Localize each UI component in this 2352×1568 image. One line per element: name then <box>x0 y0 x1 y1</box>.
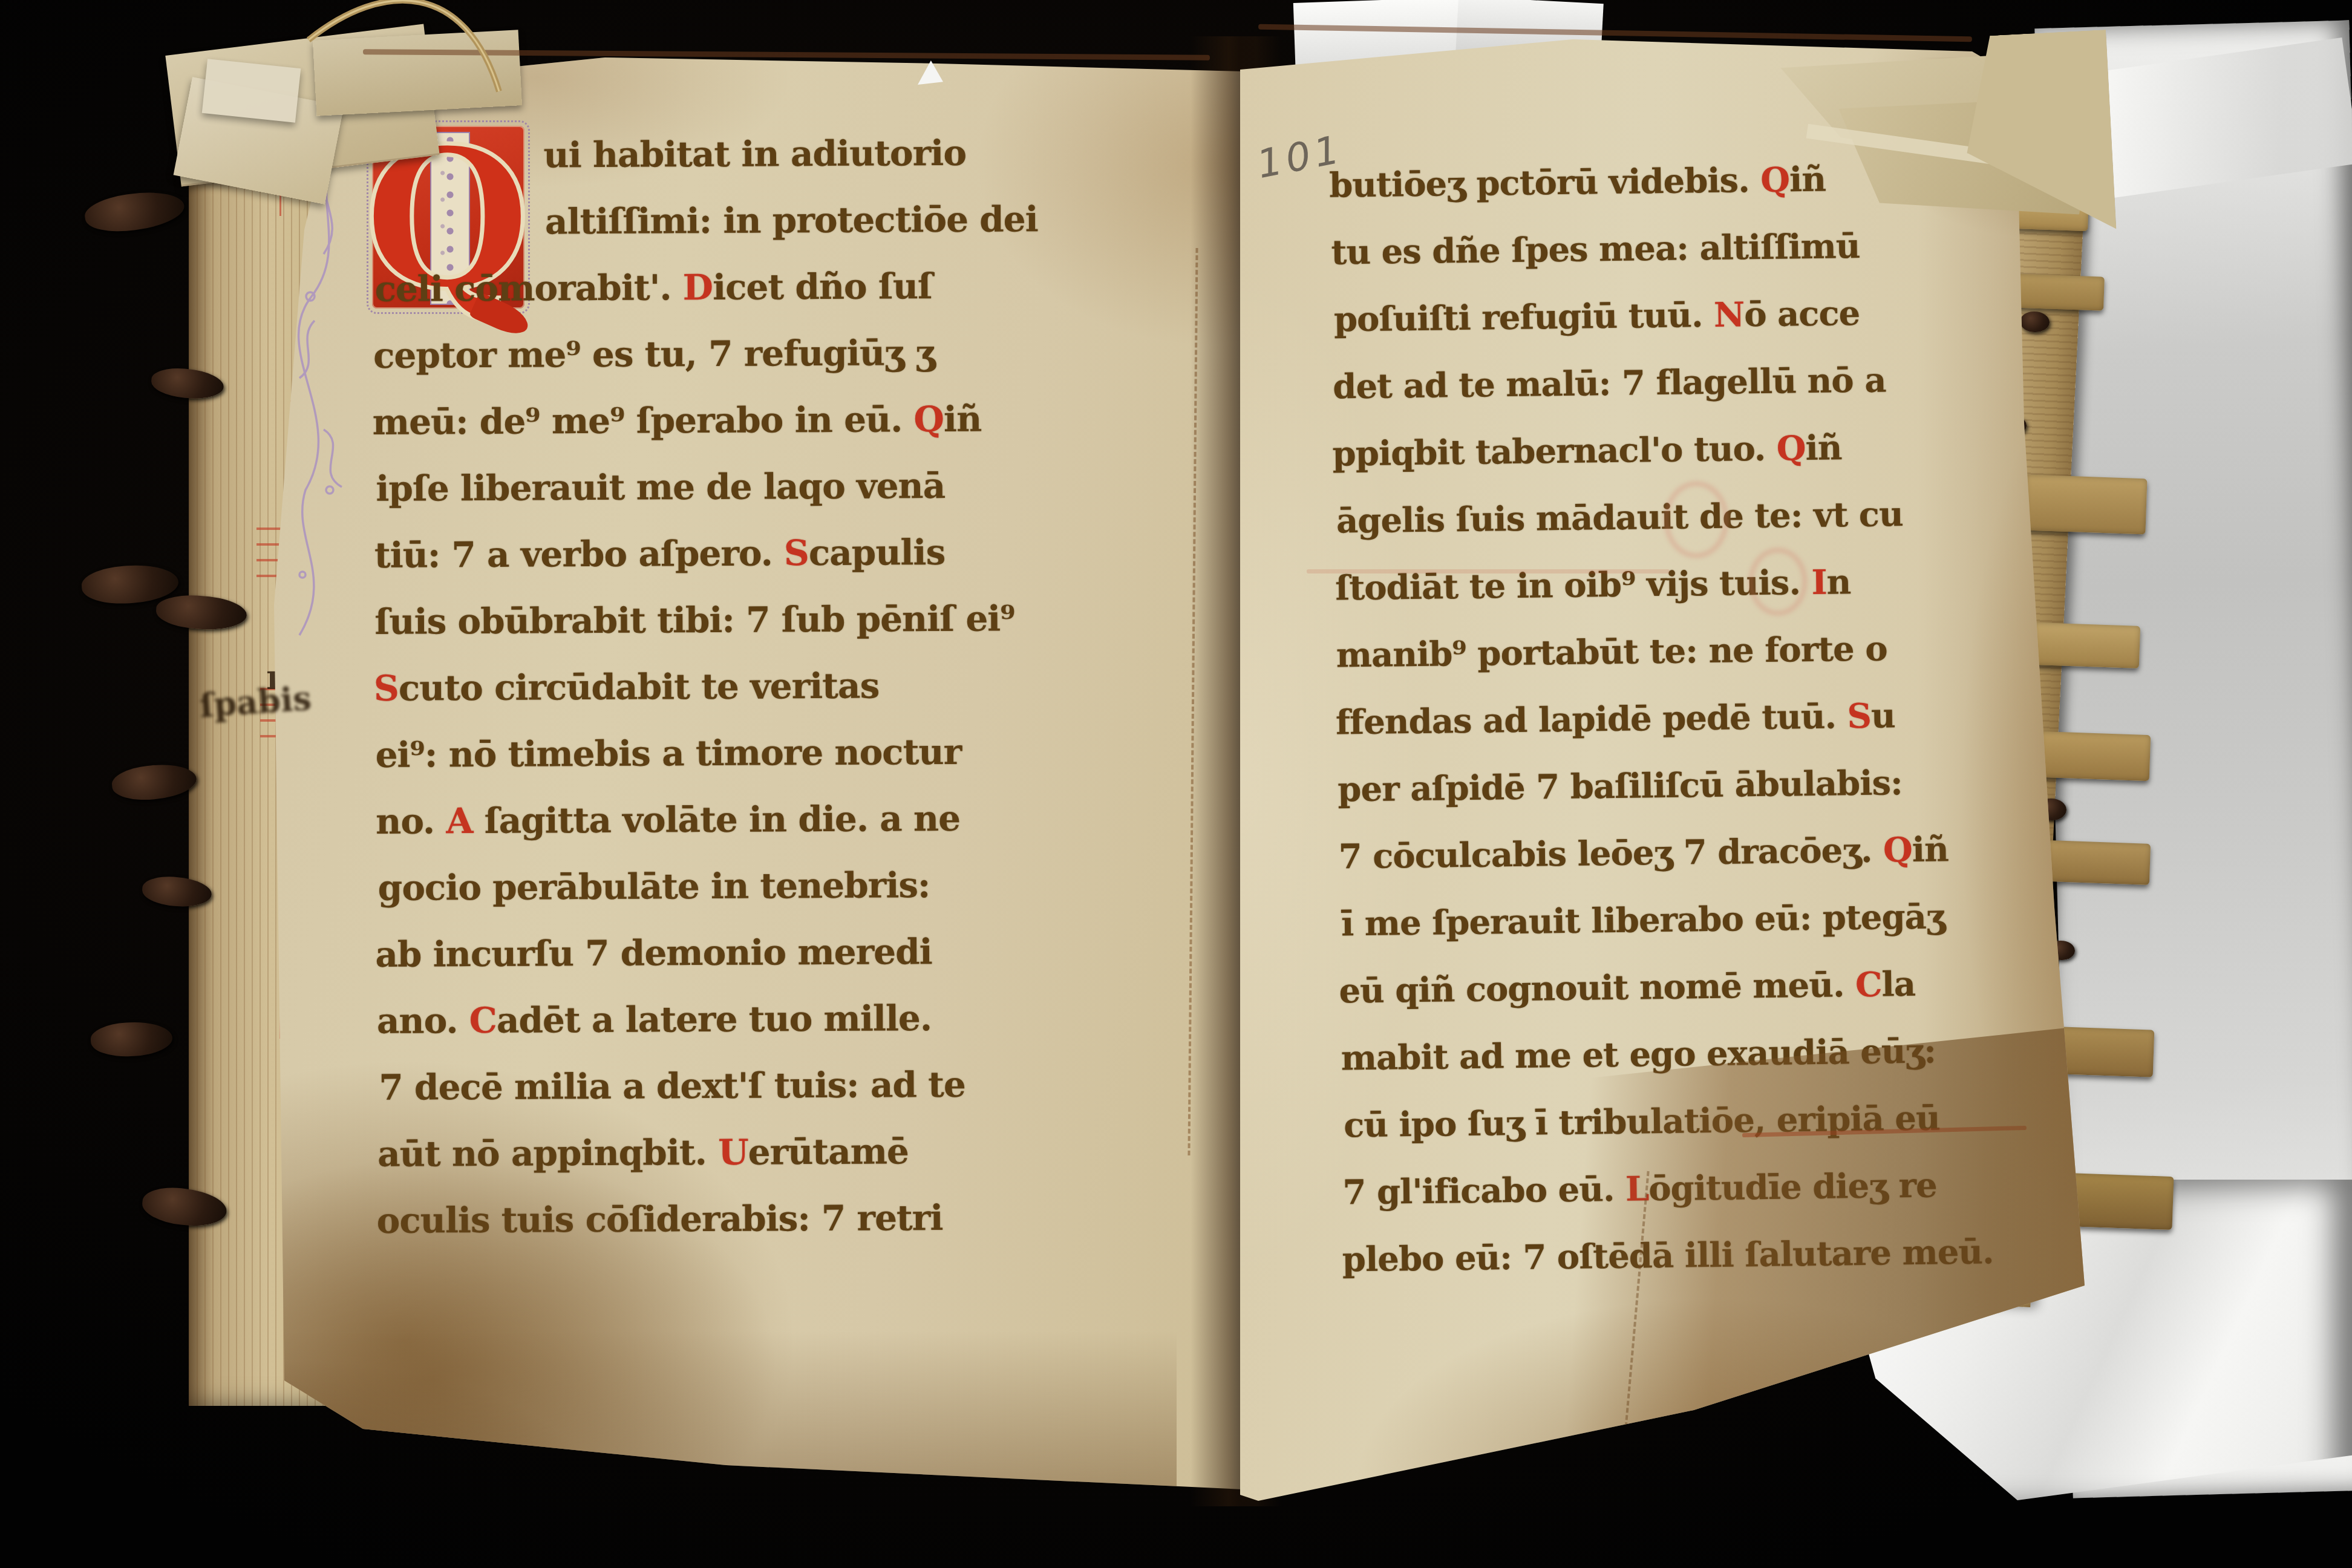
text-run: capulis <box>809 532 946 573</box>
tab-knot <box>2020 312 2050 332</box>
text-run: āgelis ſuis mādauit de te: vt cu <box>1336 494 1903 541</box>
text-run: ppiqbit tabernacl'o tuo. <box>1332 429 1777 474</box>
text-run: n <box>1826 562 1851 602</box>
left-page: Q ui habitat in adiutorioaltiſſimi: in p… <box>233 48 1243 1500</box>
right-page: 101 butiōeʒ pctōrū videbis. Qiñtu es dñe… <box>1240 33 2099 1515</box>
text-run: gocio perābulāte in tenebris: <box>378 864 930 909</box>
rubric-initial: Q <box>1883 830 1913 871</box>
manuscript-photo: no <box>0 0 2352 1568</box>
text-run: iñ <box>1805 428 1842 468</box>
rubric-initial: Q <box>913 399 944 440</box>
text-run: adēt a latere tuo mille. <box>497 998 932 1041</box>
text-run: 7 decē milia a dext'ſ tuis: ad te <box>379 1064 965 1108</box>
rubric-initial: S <box>374 668 399 709</box>
index-tab <box>2033 622 2140 668</box>
rubric-initial: D <box>683 267 713 308</box>
text-run: ab incurſu 7 demonio meredi <box>375 931 932 975</box>
manuscript-line: ipſe liberauit me de laqo venā <box>376 452 1041 522</box>
rubric-initial: Q <box>1760 160 1790 200</box>
manuscript-line: ei⁹: nō timebis a timore noctur <box>375 718 1040 788</box>
manuscript-line: ffendas ad lapidē pedē tuū. Su <box>1335 681 1987 756</box>
text-run: ui habitat in adiutorio <box>543 132 966 176</box>
ink-offset-ghost <box>1664 481 1729 558</box>
index-tab <box>2024 475 2147 535</box>
red-ruling-remnant <box>1307 569 1670 573</box>
text-run: 7 cōculcabis leōeʒ 7 dracōeʒ. <box>1338 831 1883 877</box>
parchment-stain <box>269 1331 1177 1500</box>
manuscript-line: 7 cōculcabis leōeʒ 7 dracōeʒ. Qiñ <box>1338 815 1990 890</box>
manuscript-line: ppiqbit tabernacl'o tuo. Qiñ <box>1332 413 1984 488</box>
rubric-initial: N <box>1714 295 1745 335</box>
manuscript-line: 7 decē milia a dext'ſ tuis: ad te <box>379 1051 1044 1121</box>
text-run: altiſſimi: in protectiōe dei <box>545 198 1038 242</box>
text-run: iñ <box>1789 160 1826 200</box>
manuscript-line: tu es dñe ſpes mea: altiſſimū <box>1331 211 1983 286</box>
rubric-initial: S <box>784 532 809 573</box>
manuscript-line: ſuis obūbrabit tibi: 7 ſub pēniſ ei⁹ <box>374 585 1040 655</box>
manuscript-line: no. A ſagitta volāte in die. a ne <box>376 785 1041 855</box>
text-run: erūtamē <box>748 1131 909 1172</box>
rubric-initial: C <box>469 1000 497 1041</box>
left-page-text: ui habitat in adiutorioaltiſſimi: in pro… <box>372 119 1043 1254</box>
text-run: poſuiſti refugiū tuū. <box>1333 295 1714 340</box>
manuscript-line: meū: de⁹ me⁹ ſperabo in eū. Qiñ <box>372 385 1037 456</box>
text-run: det ad te malū: 7 flagellū nō a <box>1333 360 1886 407</box>
index-tab <box>2047 840 2151 885</box>
text-run: no. <box>376 800 446 842</box>
text-run: ei⁹: nō timebis a timore noctur <box>375 731 961 776</box>
manuscript-line: ano. Cadēt a latere tuo mille. <box>377 984 1042 1054</box>
leather-knot <box>90 1021 174 1059</box>
text-run: eū qiñ cognouit nomē meū. <box>1339 965 1855 1011</box>
text-run: iñ <box>944 399 982 440</box>
manuscript-line: poſuiſti refugiū tuū. Nō acce <box>1333 278 1985 353</box>
index-tab <box>2065 1173 2174 1230</box>
rubric-initial: C <box>1855 965 1882 1005</box>
text-run: cuto circūdabit te veritas <box>399 665 880 709</box>
manuscript-line: altiſſimi: in protectiōe dei <box>545 186 1038 255</box>
text-run: icet dño ſuſ <box>713 266 932 308</box>
manuscript-line: eū qiñ cognouit nomē meū. Cla <box>1339 950 1991 1025</box>
rubric-initial: Q <box>1776 428 1806 469</box>
text-run: la <box>1881 964 1915 1005</box>
manuscript-line: det ad te malū: 7 flagellū nō a <box>1333 345 1985 420</box>
index-tab <box>2039 731 2151 781</box>
ink-offset-ghost <box>1748 547 1808 616</box>
manuscript-line: ſtodiāt te in oib⁹ vijs tuis. In <box>1335 547 1987 622</box>
text-run: tiū: 7 a verbo aſpero. <box>374 532 784 576</box>
text-run: manib⁹ portabūt te: ne forte o <box>1336 629 1887 675</box>
manuscript-line: āgelis ſuis mādauit de te: vt cu <box>1336 480 1988 555</box>
text-run: ī me ſperauit liberabo eū: ptegāʒ <box>1341 897 1945 944</box>
binding-cord <box>257 0 572 137</box>
text-run: ſagitta volāte in die. a ne <box>472 798 960 841</box>
manuscript-line: ab incurſu 7 demonio meredi <box>375 918 1040 988</box>
leather-knot <box>83 187 187 237</box>
margin-smudge-note: ſpabis <box>198 679 313 725</box>
rubric-initial: I <box>1811 563 1827 603</box>
rubric-initial: A <box>446 800 472 841</box>
manuscript-line: gocio perābulāte in tenebris: <box>377 851 1043 921</box>
text-run: butiōeʒ pctōrū videbis. <box>1329 160 1761 206</box>
text-run: ceptor me⁹ es tu, 7 refugiūʒ ʒ <box>373 332 935 376</box>
manuscript-line: ī me ſperauit liberabo eū: ptegāʒ <box>1341 883 1993 958</box>
text-run: ō acce <box>1744 293 1860 335</box>
index-tab <box>2013 273 2105 310</box>
index-tab <box>2056 1027 2155 1077</box>
text-run: per aſpidē 7 baſiliſcū ābulabis: <box>1338 763 1903 809</box>
text-run: ano. <box>377 1000 469 1042</box>
text-run: celi cōmorabit'. <box>374 267 683 310</box>
manuscript-line: Scuto circūdabit te veritas <box>374 652 1039 722</box>
leather-knot <box>110 761 198 803</box>
manuscript-line: celi cōmorabit'. Dicet dño ſuſ <box>374 252 1040 322</box>
manuscript-line: tiū: 7 a verbo aſpero. Scapulis <box>374 518 1040 589</box>
text-run: ffendas ad lapidē pedē tuū. <box>1336 696 1847 742</box>
manuscript-line: ui habitat in adiutorio <box>543 119 1036 188</box>
text-run: meū: de⁹ me⁹ ſperabo in eū. <box>373 399 914 443</box>
manuscript-line: manib⁹ portabūt te: ne forte o <box>1336 614 1988 689</box>
manuscript-line: per aſpidē 7 baſiliſcū ābulabis: <box>1338 748 1990 823</box>
manuscript-line: ceptor me⁹ es tu, 7 refugiūʒ ʒ <box>373 319 1039 389</box>
text-run: tu es dñe ſpes mea: altiſſimū <box>1331 226 1860 273</box>
text-run: ſuis obūbrabit tibi: 7 ſub pēniſ ei⁹ <box>374 598 1015 642</box>
text-run: ipſe liberauit me de laqo venā <box>376 465 945 509</box>
text-run: u <box>1871 696 1896 736</box>
rubric-initial: S <box>1847 696 1871 736</box>
